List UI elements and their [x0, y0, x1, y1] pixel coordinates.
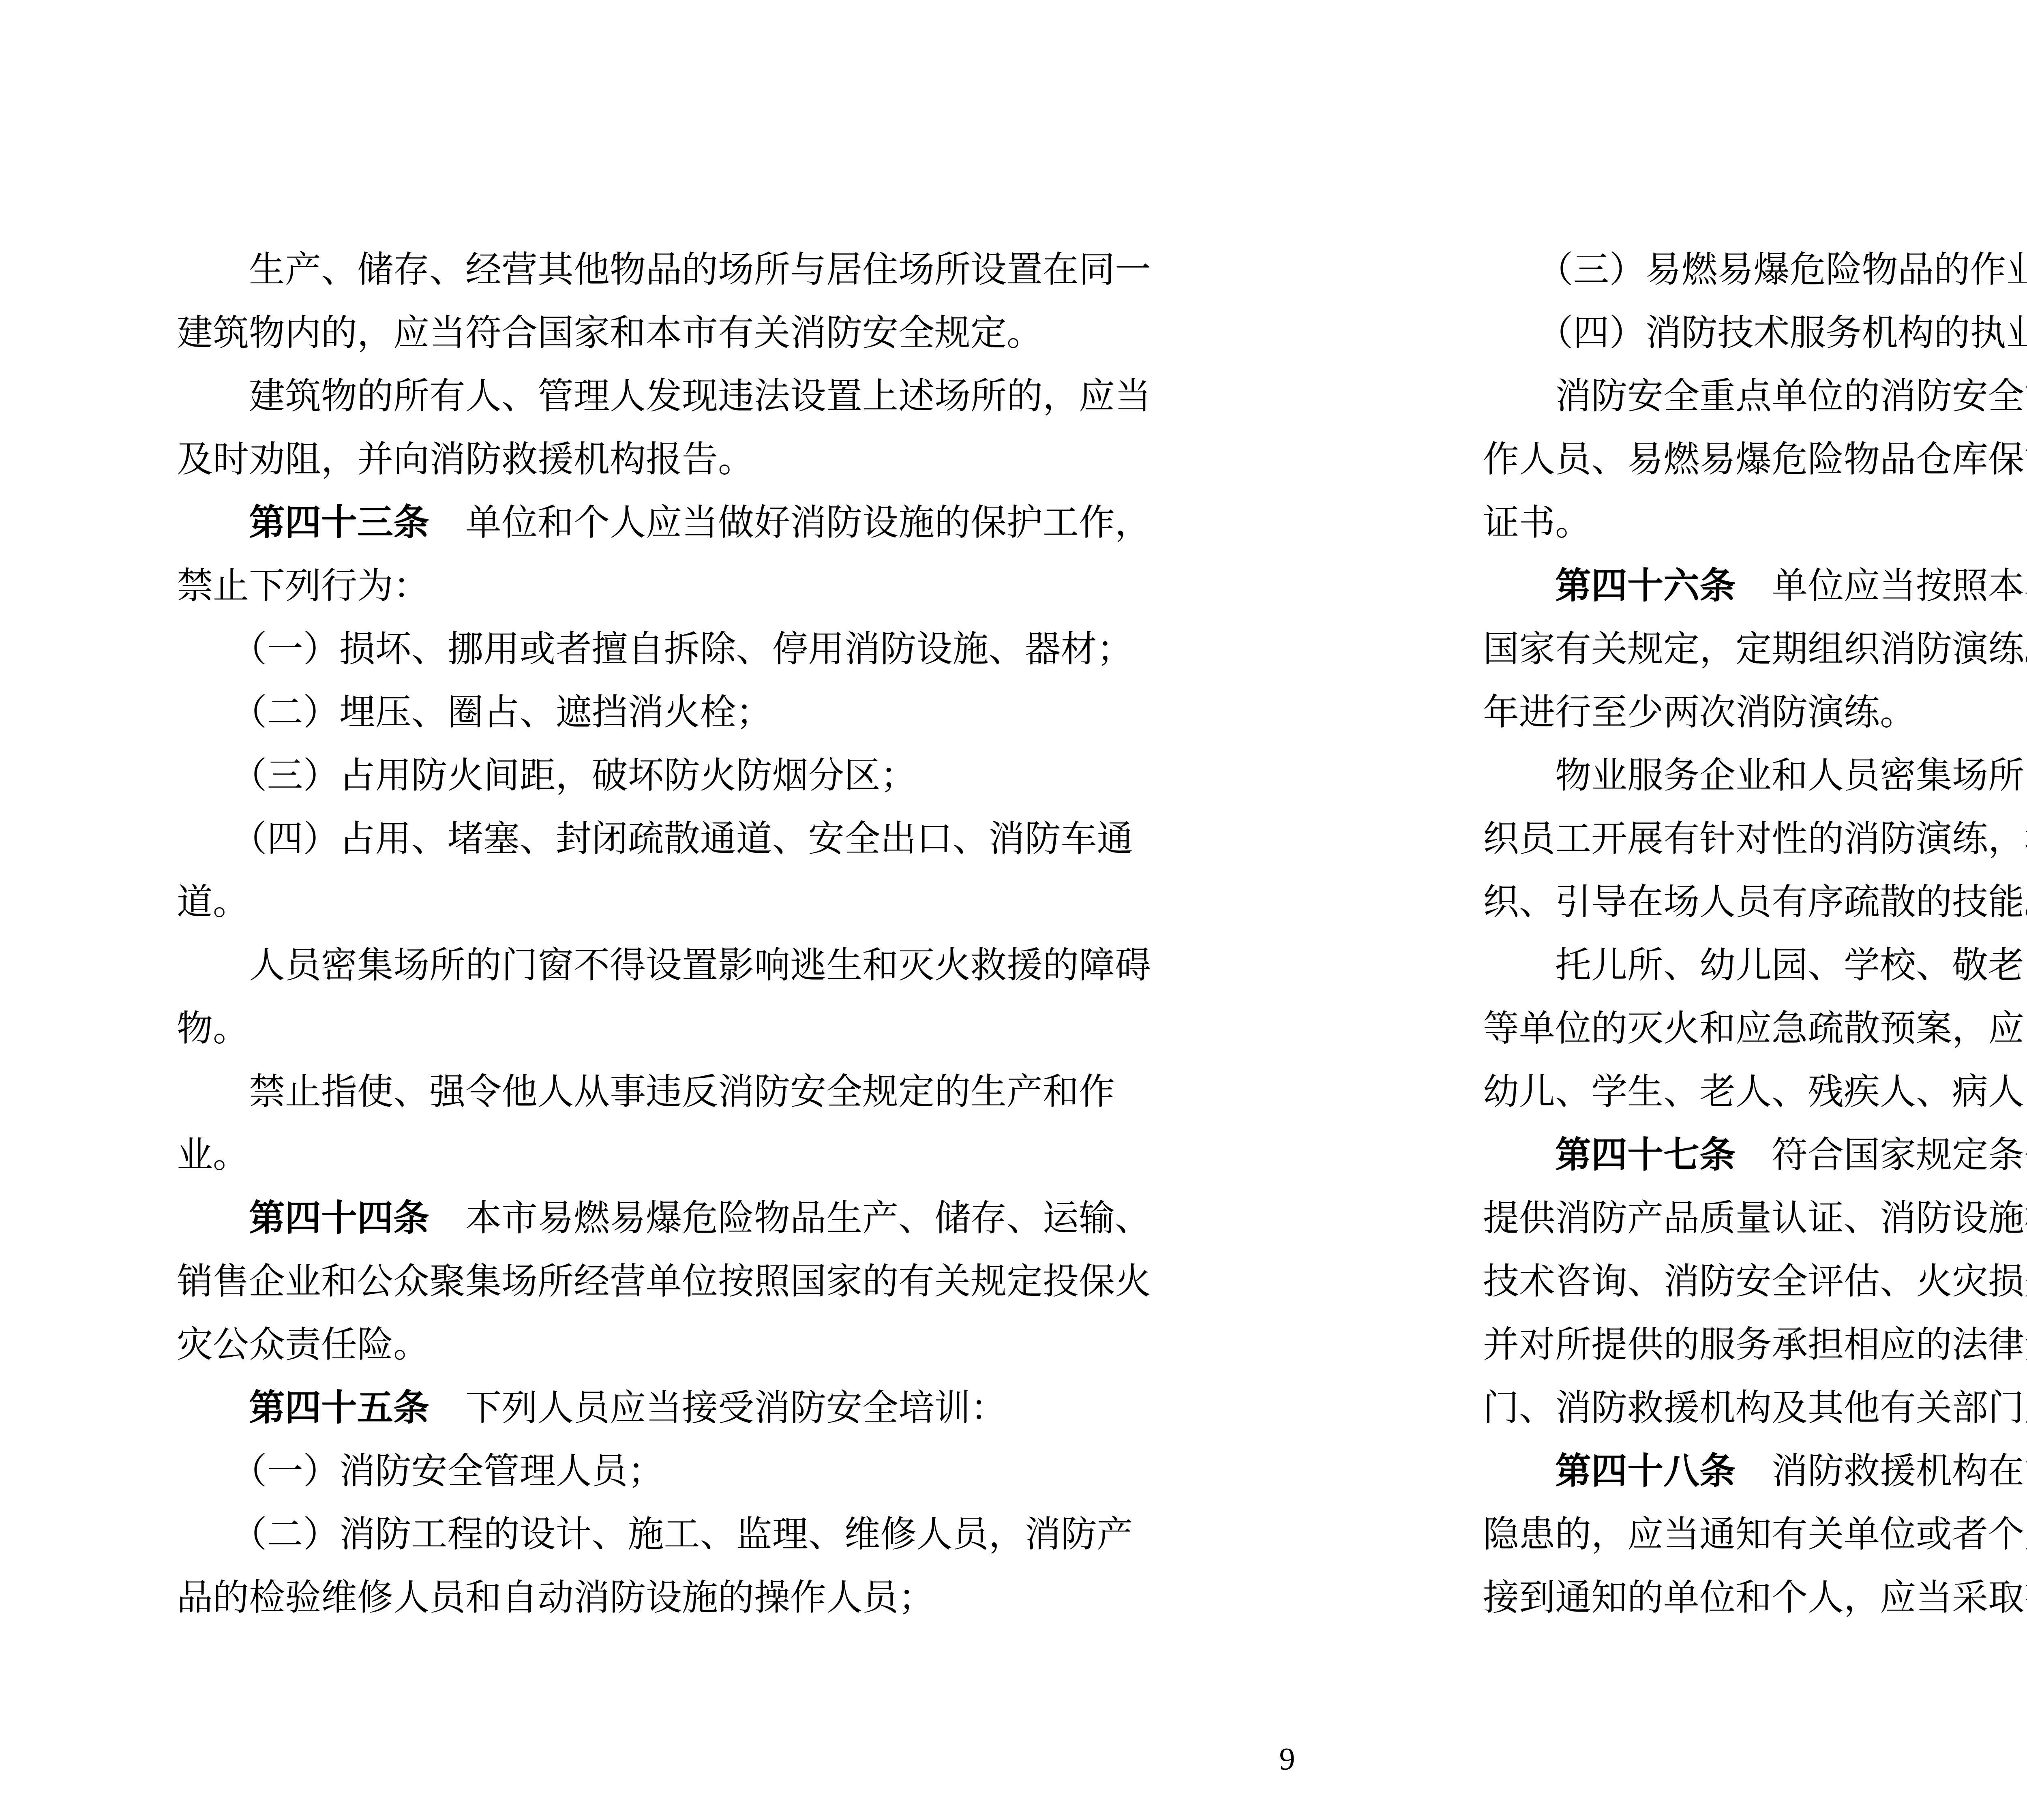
- line-text: （三）易燃易爆危险物品的作业人员；: [1483, 250, 2027, 290]
- text-line: 品的检验维修人员和自动消防设施的操作人员；: [177, 1566, 1151, 1629]
- line-text: （三）占用防火间距，破坏防火防烟分区；: [177, 756, 917, 796]
- text-line: （三）占用防火间距，破坏防火防烟分区；: [177, 744, 1151, 807]
- text-line: 技术咨询、消防安全评估、火灾损失核定等方面的技术服务，: [1483, 1250, 2027, 1313]
- text-line: 年进行至少两次消防演练。: [1483, 681, 2027, 744]
- line-text: 禁止下列行为：: [177, 566, 429, 606]
- line-text: （四）消防技术服务机构的执业人员。: [1483, 313, 2027, 353]
- text-line: 销售企业和公众聚集场所经营单位按照国家的有关规定投保火: [177, 1250, 1151, 1313]
- text-line: 物业服务企业和人员密集场所的经营、管理单位，应当组: [1483, 744, 2027, 807]
- text-line: 并对所提供的服务承担相应的法律责任。住房城乡建设管理部: [1483, 1313, 2027, 1377]
- page-number: 9: [0, 1743, 2027, 1775]
- text-line: 织员工开展有针对性的消防演练，培训员工在火灾发生时组: [1483, 807, 2027, 871]
- line-text: 提供消防产品质量认证、消防设施检测、消防安全监测、消防: [1483, 1199, 2027, 1238]
- text-line: 提供消防产品质量认证、消防设施检测、消防安全监测、消防: [1483, 1187, 2027, 1250]
- text-line: 灾公众责任险。: [177, 1313, 1151, 1377]
- line-text: 作人员、易燃易爆危险物品仓库保管人员应当持有相应的上岗: [1483, 440, 2027, 480]
- line-text: 等单位的灭火和应急疏散预案，应当包含在火灾发生时保护婴: [1483, 1009, 2027, 1049]
- text-line: 幼儿、学生、老人、残疾人、病人的相应措施。: [1483, 1060, 2027, 1124]
- text-line: 建筑物的所有人、管理人发现违法设置上述场所的，应当: [177, 365, 1151, 428]
- text-line: 门、消防救援机构及其他有关部门应当对其进行监督。: [1483, 1377, 2027, 1440]
- line-text: 品的检验维修人员和自动消防设施的操作人员；: [177, 1578, 934, 1618]
- text-line: 托儿所、幼儿园、学校、敬老院、养老院、福利院、医院: [1483, 934, 2027, 997]
- article-number-bold: 第四十七条: [1483, 1135, 1736, 1175]
- line-text: 道。: [177, 882, 249, 922]
- line-text: 建筑物内的，应当符合国家和本市有关消防安全规定。: [177, 313, 1043, 353]
- line-text: 灾公众责任险。: [177, 1325, 429, 1365]
- line-text: 证书。: [1483, 503, 1591, 543]
- line-text: 本市易燃易爆危险物品生产、储存、运输、: [429, 1199, 1151, 1238]
- line-text: 单位应当按照本单位灭火和应急疏散预案及: [1736, 566, 2027, 606]
- text-line: 第四十四条 本市易燃易爆危险物品生产、储存、运输、: [177, 1187, 1151, 1250]
- line-text: （二）消防工程的设计、施工、监理、维修人员，消防产: [177, 1515, 1133, 1554]
- line-text: 单位和个人应当做好消防设施的保护工作，: [429, 503, 1151, 543]
- line-text: （一）损坏、挪用或者擅自拆除、停用消防设施、器材；: [177, 630, 1133, 669]
- line-text: 门、消防救援机构及其他有关部门应当对其进行监督。: [1483, 1388, 2027, 1428]
- line-text: 织、引导在场人员有序疏散的技能。: [1483, 882, 2027, 922]
- text-line: 禁止下列行为：: [177, 555, 1151, 618]
- line-text: 人员密集场所的门窗不得设置影响逃生和灭火救援的障碍: [177, 946, 1151, 985]
- text-line: （一）损坏、挪用或者擅自拆除、停用消防设施、器材；: [177, 618, 1151, 681]
- text-line: 业。: [177, 1124, 1151, 1187]
- line-text: 消防安全重点单位的消防安全管理人、自动消防设施的操: [1483, 377, 2027, 416]
- text-line: 生产、储存、经营其他物品的场所与居住场所设置在同一: [177, 238, 1151, 302]
- text-line: 消防安全重点单位的消防安全管理人、自动消防设施的操: [1483, 365, 2027, 428]
- line-text: 接到通知的单位和个人，应当采取有效措施，及时整改；对不: [1483, 1578, 2027, 1618]
- text-line: 道。: [177, 871, 1151, 934]
- text-line: 人员密集场所的门窗不得设置影响逃生和灭火救援的障碍: [177, 934, 1151, 997]
- text-line: 作人员、易燃易爆危险物品仓库保管人员应当持有相应的上岗: [1483, 428, 2027, 491]
- text-line: 第四十六条 单位应当按照本单位灭火和应急疏散预案及: [1483, 555, 2027, 618]
- line-text: 下列人员应当接受消防安全培训：: [429, 1388, 1007, 1428]
- text-line: 证书。: [1483, 491, 2027, 555]
- line-text: 业。: [177, 1135, 249, 1175]
- line-text: 托儿所、幼儿园、学校、敬老院、养老院、福利院、医院: [1483, 946, 2027, 985]
- line-text: 符合国家规定条件的消防技术服务机构可以: [1736, 1135, 2027, 1175]
- line-text: 建筑物的所有人、管理人发现违法设置上述场所的，应当: [177, 377, 1151, 416]
- text-line: 第四十七条 符合国家规定条件的消防技术服务机构可以: [1483, 1124, 2027, 1187]
- line-text: 生产、储存、经营其他物品的场所与居住场所设置在同一: [177, 250, 1151, 290]
- line-text: 消防救援机构在消防监督检查中发现有火灾: [1736, 1452, 2027, 1491]
- line-text: 并对所提供的服务承担相应的法律责任。住房城乡建设管理部: [1483, 1325, 2027, 1365]
- line-text: 及时劝阻，并向消防救援机构报告。: [177, 440, 754, 480]
- line-text: 销售企业和公众聚集场所经营单位按照国家的有关规定投保火: [177, 1262, 1151, 1302]
- article-number-bold: 第四十四条: [177, 1199, 429, 1238]
- text-line: 物。: [177, 997, 1151, 1060]
- text-line: 第四十五条 下列人员应当接受消防安全培训：: [177, 1377, 1151, 1440]
- text-line: （四）消防技术服务机构的执业人员。: [1483, 302, 2027, 365]
- right-column: （三）易燃易爆危险物品的作业人员； （四）消防技术服务机构的执业人员。 消防安全…: [1483, 238, 2027, 1629]
- line-text: 年进行至少两次消防演练。: [1483, 693, 1916, 732]
- line-text: 织员工开展有针对性的消防演练，培训员工在火灾发生时组: [1483, 819, 2027, 859]
- line-text: 物。: [177, 1009, 249, 1049]
- article-number-bold: 第四十三条: [177, 503, 429, 543]
- text-line: 第四十八条 消防救援机构在消防监督检查中发现有火灾: [1483, 1440, 2027, 1503]
- article-number-bold: 第四十五条: [177, 1388, 429, 1428]
- text-line: 国家有关规定，定期组织消防演练。消防安全重点单位应当每: [1483, 618, 2027, 681]
- line-text: 幼儿、学生、老人、残疾人、病人的相应措施。: [1483, 1072, 2027, 1112]
- line-text: 物业服务企业和人员密集场所的经营、管理单位，应当组: [1483, 756, 2027, 796]
- text-line: 等单位的灭火和应急疏散预案，应当包含在火灾发生时保护婴: [1483, 997, 2027, 1060]
- text-line: （三）易燃易爆危险物品的作业人员；: [1483, 238, 2027, 302]
- text-line: （二）消防工程的设计、施工、监理、维修人员，消防产: [177, 1503, 1151, 1566]
- line-text: （四）占用、堵塞、封闭疏散通道、安全出口、消防车通: [177, 819, 1133, 859]
- text-line: 隐患的，应当通知有关单位或者个人立即采取措施消除隐患。: [1483, 1503, 2027, 1566]
- line-text: 禁止指使、强令他人从事违反消防安全规定的生产和作: [177, 1072, 1115, 1112]
- line-text: 隐患的，应当通知有关单位或者个人立即采取措施消除隐患。: [1483, 1515, 2027, 1554]
- text-line: 及时劝阻，并向消防救援机构报告。: [177, 428, 1151, 491]
- line-text: 技术咨询、消防安全评估、火灾损失核定等方面的技术服务，: [1483, 1262, 2027, 1302]
- line-text: 国家有关规定，定期组织消防演练。消防安全重点单位应当每: [1483, 630, 2027, 669]
- text-line: （二）埋压、圈占、遮挡消火栓；: [177, 681, 1151, 744]
- article-number-bold: 第四十八条: [1483, 1452, 1736, 1491]
- text-line: 接到通知的单位和个人，应当采取有效措施，及时整改；对不: [1483, 1566, 2027, 1629]
- left-column: 生产、储存、经营其他物品的场所与居住场所设置在同一建筑物内的，应当符合国家和本市…: [177, 238, 1151, 1629]
- text-line: 建筑物内的，应当符合国家和本市有关消防安全规定。: [177, 302, 1151, 365]
- line-text: （一）消防安全管理人员；: [177, 1452, 664, 1491]
- text-line: （四）占用、堵塞、封闭疏散通道、安全出口、消防车通: [177, 807, 1151, 871]
- article-number-bold: 第四十六条: [1483, 566, 1736, 606]
- text-line: 禁止指使、强令他人从事违反消防安全规定的生产和作: [177, 1060, 1151, 1124]
- line-text: （二）埋压、圈占、遮挡消火栓；: [177, 693, 772, 732]
- text-line: 第四十三条 单位和个人应当做好消防设施的保护工作，: [177, 491, 1151, 555]
- text-line: 织、引导在场人员有序疏散的技能。: [1483, 871, 2027, 934]
- text-line: （一）消防安全管理人员；: [177, 1440, 1151, 1503]
